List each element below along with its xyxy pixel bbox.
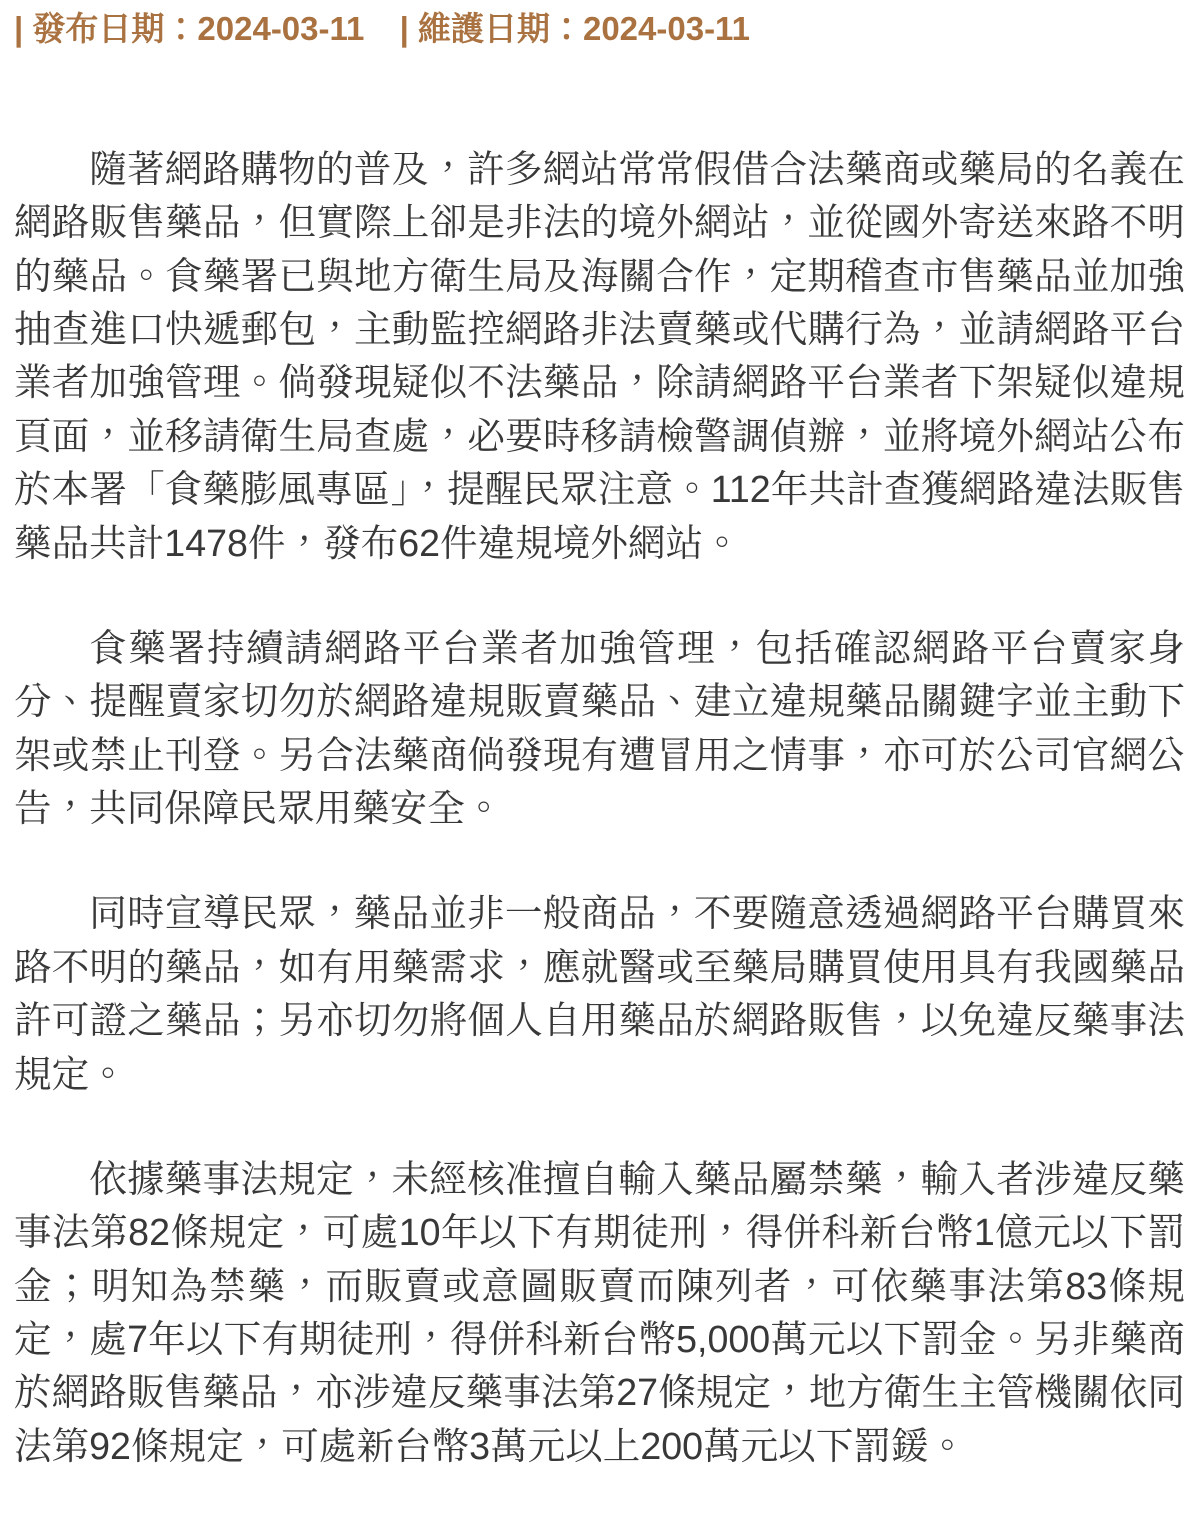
article-paragraph: 依據藥事法規定，未經核准擅自輸入藥品屬禁藥，輸入者涉違反藥事法第82條規定，可處… xyxy=(14,1153,1185,1473)
article-paragraph: 隨著網路購物的普及，許多網站常常假借合法藥商或藥局的名義在網路販售藥品，但實際上… xyxy=(14,143,1185,570)
publish-date: | 發布日期：2024-03-11 xyxy=(14,8,364,51)
date-bar: | 發布日期：2024-03-11 | 維護日期：2024-03-11 xyxy=(14,8,1185,51)
maintain-date: | 維護日期：2024-03-11 xyxy=(400,8,750,51)
article-paragraph: 食藥署持續請網路平台業者加強管理，包括確認網路平台賣家身分、提醒賣家切勿於網路違… xyxy=(14,622,1185,836)
article-page: | 發布日期：2024-03-11 | 維護日期：2024-03-11 隨著網路… xyxy=(0,0,1200,1520)
article-body: 隨著網路購物的普及，許多網站常常假借合法藥商或藥局的名義在網路販售藥品，但實際上… xyxy=(14,143,1185,1473)
article-paragraph: 同時宣導民眾，藥品並非一般商品，不要隨意透過網路平台購買來路不明的藥品，如有用藥… xyxy=(14,887,1185,1101)
